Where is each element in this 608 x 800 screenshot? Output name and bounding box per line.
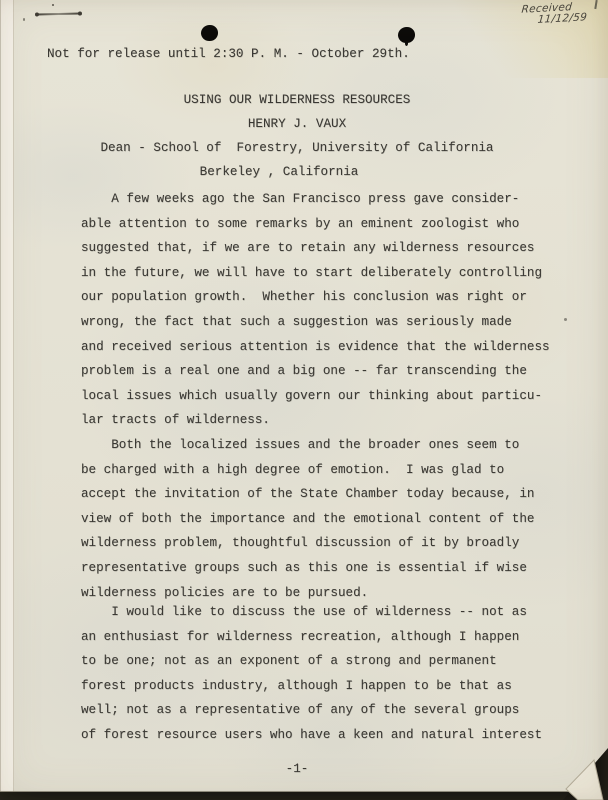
author-role: Dean - School of Forestry, University of… [0,136,594,160]
text-line: suggested that, if we are to retain any … [81,236,550,261]
text-line: our population growth. Whether his concl… [81,285,550,310]
text-line: of forest resource users who have a keen… [81,723,550,748]
paragraph: A few weeks ago the San Francisco press … [81,187,550,433]
text-line: able attention to some remarks by an emi… [81,212,550,237]
text-line: local issues which usually govern our th… [81,384,550,409]
text-line: accept the invitation of the State Chamb… [81,482,550,507]
text-line: wrong, the fact that such a suggestion w… [81,310,550,335]
document-body: A few weeks ago the San Francisco press … [81,187,550,748]
paper-speck [23,18,25,21]
staple-mark [37,13,80,16]
text-line: forest products industry, although I hap… [81,674,550,699]
paragraph: I would like to discuss the use of wilde… [81,600,550,748]
scanned-document-page: Received 11/12/59 Not for release until … [0,0,608,800]
author-name: HENRY J. VAUX [0,112,594,136]
hole-punch-left [201,25,218,41]
page-number: -1- [0,762,594,776]
text-line: lar tracts of wilderness. [81,408,550,433]
document-heading: USING OUR WILDERNESS RESOURCES HENRY J. … [0,88,594,184]
stray-ink-dot [564,318,567,321]
text-line: I would like to discuss the use of wilde… [81,600,550,625]
author-location: Berkeley , California [0,160,576,184]
text-line: be charged with a high degree of emotion… [81,458,550,483]
hole-punch-right [398,27,415,43]
text-line: to be one; not as an exponent of a stron… [81,649,550,674]
text-line: an enthusiast for wilderness recreation,… [81,625,550,650]
text-line: A few weeks ago the San Francisco press … [81,187,550,212]
received-stamp: Received 11/12/59 [520,1,588,27]
document-title: USING OUR WILDERNESS RESOURCES [0,88,594,112]
text-line: representative groups such as this one i… [81,556,550,581]
scan-bottom-edge [0,791,608,800]
paper-speck [52,4,54,6]
release-notice: Not for release until 2:30 P. M. - Octob… [47,42,410,66]
text-line: in the future, we will have to start del… [81,261,550,286]
text-line: view of both the importance and the emot… [81,507,550,532]
text-line: Both the localized issues and the broade… [81,433,550,458]
text-line: problem is a real one and a big one -- f… [81,359,550,384]
text-line: well; not as a representative of any of … [81,698,550,723]
folded-corner [538,725,608,800]
text-line: wilderness problem, thoughtful discussio… [81,531,550,556]
text-line: and received serious attention is eviden… [81,335,550,360]
paragraph: Both the localized issues and the broade… [81,433,550,605]
